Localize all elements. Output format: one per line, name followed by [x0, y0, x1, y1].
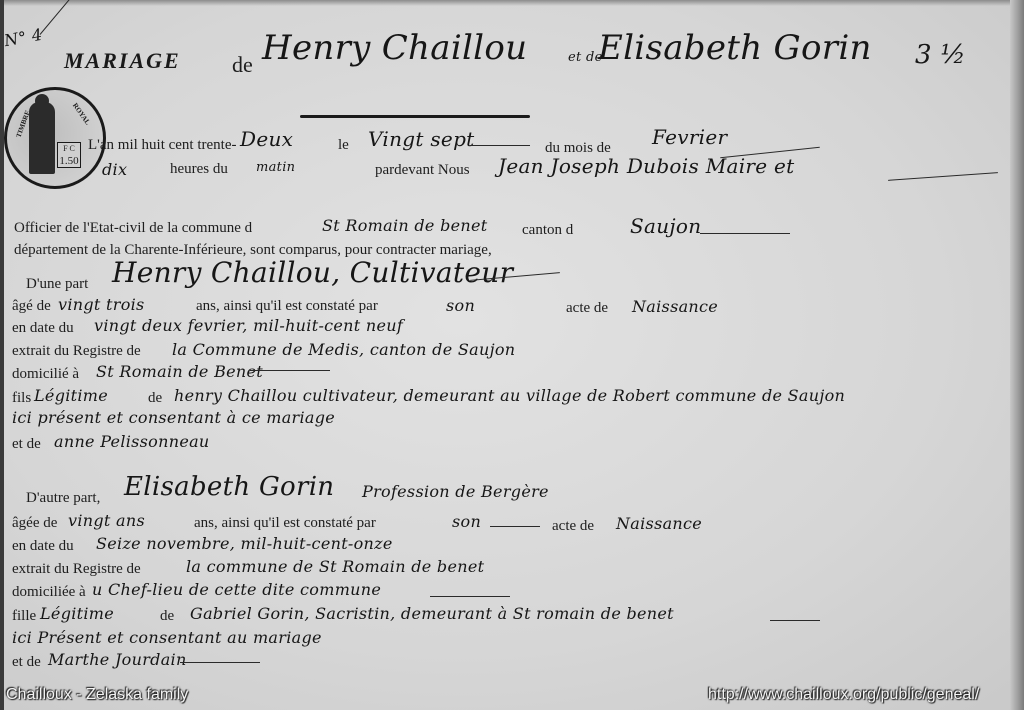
bride-domicile-label: domiciliée à: [12, 584, 86, 601]
stamp-denomination: F C: [58, 143, 80, 155]
stamp-price: 1.50: [58, 155, 80, 167]
bride-acte-label: acte de: [552, 518, 594, 535]
bride-age-label: âgée de: [12, 515, 57, 532]
margin-number: N° 4: [3, 25, 44, 50]
bride-name: Elisabeth Gorin: [124, 472, 334, 502]
groom-name: Henry Chaillou, Cultivateur: [112, 256, 513, 289]
groom-domicile-label: domicilié à: [12, 366, 79, 383]
line1-rule: [470, 145, 530, 146]
bride-mother-rule: [180, 662, 260, 663]
groom-registry: la Commune de Medis, canton de Saujon: [172, 340, 515, 359]
bride-doc-rule: [490, 526, 540, 527]
page-reference: 3 ½: [915, 40, 966, 70]
marriage-year: Deux: [240, 127, 293, 151]
watermark-url[interactable]: http://www.chailloux.org/public/geneal/: [708, 686, 979, 704]
title-printed: MARIAGE: [64, 48, 181, 74]
title-underline: [300, 115, 530, 118]
canton-rule: [700, 233, 790, 234]
bride-intro: D'autre part,: [26, 490, 100, 507]
title-groom-name: Henry Chaillou: [262, 28, 527, 68]
line1-printed-a: L'an mil huit cent trente-: [88, 137, 236, 154]
groom-domicile-rule: [250, 370, 330, 371]
document-scan: N° 4 MARIAGE de Henry Chaillou et de Eli…: [0, 0, 1024, 710]
bride-doc-owner: son: [452, 512, 481, 531]
bride-mother-label: et de: [12, 654, 41, 671]
groom-age-label: âgé de: [12, 298, 51, 315]
line3-printed-a: Officier de l'Etat-civil de la commune d: [14, 220, 252, 237]
marriage-hour: dix: [102, 160, 127, 179]
groom-son-label: fils: [12, 390, 31, 407]
title-de: de: [232, 52, 253, 78]
groom-age-mid: ans, ainsi qu'il est constaté par: [196, 298, 378, 315]
line1-printed-b: le: [338, 137, 349, 154]
groom-father: henry Chaillou cultivateur, demeurant au…: [174, 386, 845, 405]
groom-date-label: en date du: [12, 320, 74, 337]
watermark-family: Chailloux - Zelaska family: [6, 686, 188, 704]
bride-father: Gabriel Gorin, Sacristin, demeurant à St…: [190, 604, 674, 623]
groom-legitimacy: Légitime: [34, 386, 108, 405]
commune-name: St Romain de benet: [322, 216, 488, 235]
bride-mother: Marthe Jourdain: [48, 650, 187, 669]
officer-rule: [888, 172, 998, 181]
groom-intro: D'une part: [26, 276, 88, 293]
page-edge-left: [0, 0, 4, 710]
canton-name: Saujon: [630, 214, 701, 238]
groom-mother: anne Pelissonneau: [54, 432, 210, 451]
groom-domicile: St Romain de Benet: [96, 362, 263, 381]
groom-presence: ici présent et consentant à ce mariage: [12, 408, 335, 427]
bride-registry: la commune de St Romain de benet: [186, 557, 484, 576]
bride-birth-date: Seize novembre, mil-huit-cent-onze: [96, 534, 393, 553]
marriage-month: Fevrier: [652, 125, 727, 149]
groom-doc-owner: son: [446, 296, 475, 315]
line3-printed-b: canton d: [522, 222, 573, 239]
groom-acte-label: acte de: [566, 300, 608, 317]
stamp-value-box: F C 1.50: [57, 142, 81, 168]
groom-birth-date: vingt deux fevrier, mil-huit-cent neuf: [94, 316, 403, 335]
groom-acte-type: Naissance: [632, 297, 718, 316]
bride-domicile: u Chef-lieu de cette dite commune: [92, 580, 381, 599]
marriage-day: Vingt sept: [368, 127, 475, 151]
bride-father-rule: [770, 620, 820, 621]
groom-age: vingt trois: [58, 295, 145, 314]
stamp-arc-right: ROYAL: [71, 102, 92, 127]
bride-presence: ici Présent et consentant au mariage: [12, 628, 322, 647]
groom-registry-label: extrait du Registre de: [12, 343, 141, 360]
page-edge-top: [0, 0, 1024, 6]
bride-age: vingt ans: [68, 511, 145, 530]
bride-domicile-rule: [430, 596, 510, 597]
bride-acte-type: Naissance: [616, 514, 702, 533]
line2-printed-b: pardevant Nous: [375, 162, 470, 179]
page-edge-right: [1010, 0, 1024, 710]
stamp-figure-icon: [29, 102, 55, 174]
line2-printed-a: heures du: [170, 161, 228, 178]
officer-name: Jean Joseph Dubois Maire et: [498, 154, 795, 178]
bride-daughter-label: fille: [12, 608, 36, 625]
bride-age-mid: ans, ainsi qu'il est constaté par: [194, 515, 376, 532]
marriage-period: matin: [256, 160, 295, 175]
bride-legitimacy: Légitime: [40, 604, 114, 623]
title-bride-name: Elisabeth Gorin: [598, 28, 872, 68]
bride-date-label: en date du: [12, 538, 74, 555]
bride-profession: Profession de Bergère: [362, 482, 549, 501]
groom-mother-label: et de: [12, 436, 41, 453]
bride-father-label: de: [160, 608, 174, 625]
groom-father-label: de: [148, 390, 162, 407]
bride-registry-label: extrait du Registre de: [12, 561, 141, 578]
